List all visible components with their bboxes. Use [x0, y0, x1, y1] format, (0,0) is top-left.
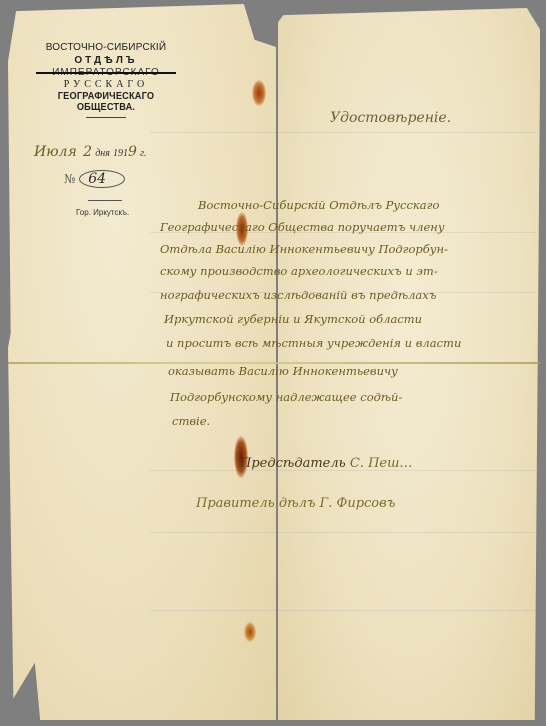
body-line: ствіе. — [172, 414, 210, 428]
date-year-printed: 191 — [113, 148, 128, 159]
letterhead-line: ВОСТОЧНО-СИБИРСКІЙ — [26, 42, 186, 53]
divider — [88, 200, 122, 201]
signature-secretary: Правитель дѣлъ Г. Фирсовъ — [196, 496, 395, 511]
letterhead-struck-line: ИМПЕРАТОРСКАГО — [26, 67, 186, 78]
signature-chairman: Предсѣдатель С. Пеш… — [240, 456, 412, 471]
ornament-divider — [86, 117, 126, 124]
body-line: Подгорбунскому надлежащее содѣй- — [170, 390, 402, 404]
letterhead-line: ОТДѢЛЪ — [26, 55, 186, 66]
rust-stain — [252, 80, 266, 106]
body-line: оказывать Василію Иннокентьевичу — [168, 364, 398, 378]
date-month: Июля — [34, 144, 77, 160]
date-line: Июля 2 дня 1919 г. — [34, 144, 146, 160]
signature-role: Предсѣдатель — [240, 456, 346, 471]
signature-name: Г. Фирсовъ — [320, 496, 396, 511]
ruled-line — [150, 610, 536, 611]
body-line: скому производство археологическихъ и эт… — [160, 264, 438, 278]
body-line: нографическихъ изслѣдованій въ предѣлахъ — [160, 288, 436, 302]
body-line: Восточно-Сибирскій Отдѣлъ Русскаго — [198, 198, 439, 212]
number-prefix: № — [64, 172, 75, 186]
date-day-label: дня — [95, 148, 110, 159]
ruled-line — [150, 532, 536, 533]
body-line: Отдѣла Василію Иннокентьевичу Подгорбун- — [160, 242, 448, 256]
number-value: 64 — [79, 170, 125, 188]
rust-stain — [244, 622, 256, 642]
body-line: Иркутской губерніи и Якутской области — [164, 312, 422, 326]
date-year-handwritten: 9 — [128, 144, 137, 160]
signature-role: Правитель дѣлъ — [196, 496, 316, 511]
date-day: 2 — [83, 144, 92, 160]
letterhead: ВОСТОЧНО-СИБИРСКІЙ ОТДѢЛЪ ИМПЕРАТОРСКАГО… — [26, 42, 186, 124]
signature-name: С. Пеш… — [350, 456, 413, 471]
letterhead-line: ГЕОГРАФИЧЕСКАГО ОБЩЕСТВА. — [32, 91, 179, 113]
city-label: Гор. Иркутскъ. — [76, 208, 129, 217]
body-line: Географическаго Общества поручаетъ члену — [160, 220, 445, 234]
letterhead-line: РУССКАГО — [26, 79, 186, 90]
document-title: Удостовѣреніе. — [330, 110, 451, 126]
date-year-suffix: г. — [140, 148, 146, 159]
body-line: и проситъ всѣ мѣстныя учрежденія и власт… — [166, 336, 461, 350]
ruled-line — [150, 132, 536, 133]
document-number: № 64 — [64, 170, 125, 188]
